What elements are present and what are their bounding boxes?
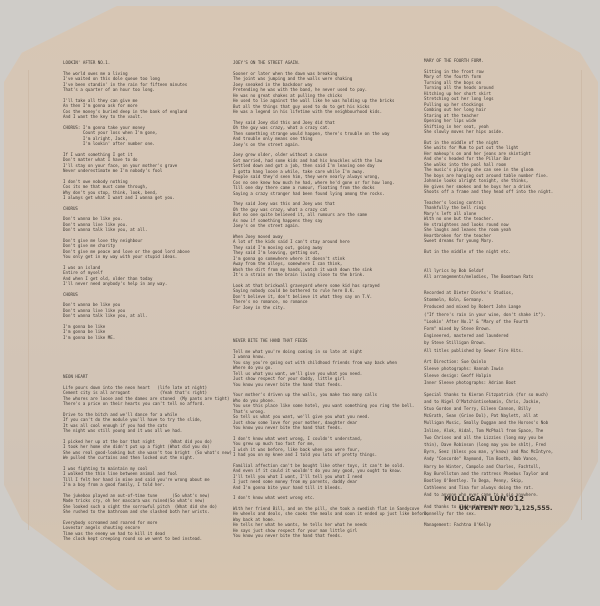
credits-line: Stuo Gordon and Terry, Eileen Cannon, Bi…: [424, 405, 584, 412]
lyric-stanza: Everybody screamed and roared for moreLo…: [63, 520, 233, 542]
lyric-line: She rushed to the bathroom and she slash…: [63, 509, 233, 515]
lyric-stanza: The world owes me a livingI've waited on…: [63, 71, 233, 93]
catalog-number: MULLIGAN LUN 012: [444, 494, 524, 503]
credits-paragraph: Art Direction: Sue QuinloSleeve photogra…: [424, 358, 584, 387]
lyric-line: He was a legend in his lifetime with the…: [233, 109, 413, 115]
lyric-stanza: Don't wanna be like you.Don't wanna live…: [63, 216, 233, 233]
lyric-line: CHORUS: [63, 206, 233, 212]
lyric-line: And I want the key to the vault.: [63, 114, 233, 120]
lyric-stanza: But in the middle of the nightShe waits …: [424, 140, 584, 195]
lyric-stanza: I was an islandEntire of myselfAnd when …: [63, 265, 233, 287]
credits-line: Mulligan Music, Smally Duggan and the Ho…: [424, 419, 584, 426]
credits-line: Recorded at Dieter Dierks's Studios,: [424, 289, 584, 296]
lyric-stanza: Joey grew older, older without a causeGo…: [233, 152, 413, 196]
lyric-stanza: Tell me what you're doing coming in so l…: [233, 349, 413, 388]
credits-line: ("If there's rain in your wine, don't sh…: [424, 311, 584, 318]
lyric-stanza: They said Joey did this and Joey did tha…: [233, 120, 413, 148]
lyric-stanza: I don't know what went wrong, I couldn't…: [233, 436, 413, 458]
album-credits: All lyrics by Bob GeldofAll arrangements…: [424, 268, 584, 528]
lyric-line: I'll never need anybody's help in any wa…: [63, 281, 233, 287]
lyric-stanza: I'm gonna be likeI'm gonna be likeI'm go…: [63, 324, 233, 341]
lyric-stanza: Sitting in the front rowMary of the four…: [424, 69, 584, 135]
lyric-line: CHORUS: [63, 292, 233, 298]
lyric-stanza: If I want something I get itDon't matter…: [63, 152, 233, 174]
lyric-stanza: Look at that brickwall graveyard where s…: [233, 283, 413, 311]
lyric-stanza: Don't give me love thy neighbourDon't gi…: [63, 238, 233, 260]
lyric-stanza: When Joey moved awayA lot of the kids sa…: [233, 234, 413, 278]
lyric-stanza: Sooner or later when the dawn was breaki…: [233, 71, 413, 115]
credits-line: "Lookin' After No.1" & "Mary of the Four…: [424, 318, 584, 325]
lyric-line: Joey's on the street again.: [233, 142, 413, 148]
middle-lyrics-column: JOEY'S ON THE STREET AGAIN.Sooner or lat…: [233, 60, 413, 551]
lyric-line: Don't wanna talk like you, at all.: [63, 227, 233, 233]
credits-line: Stommeln, Koln, Germany.: [424, 296, 584, 303]
lyric-line: I took her home she didn't put up a figh…: [63, 444, 233, 450]
credits-line: Ray Burellston and the rattress Phoebus …: [424, 470, 584, 477]
credits-line: Form" mixed by Steve Brown.: [424, 325, 584, 332]
lyric-line: He used to lie against the wall like he …: [233, 98, 413, 104]
lyric-stanza: Life pours down into the neon heart (lif…: [63, 385, 233, 407]
song-lyrics: MARY OF THE FOURTH FORM.Sitting in the f…: [424, 58, 584, 254]
lyric-line: He wheels and deals, she cooks the meals…: [233, 511, 413, 517]
credits-line: and to Nigel O'Matchintisehamin, Chris, …: [424, 398, 584, 405]
credits-line: thin), Dave Robinson (long may you be sh…: [424, 441, 584, 448]
credits-line: Two Chrises and all the Lizzies (long ma…: [424, 434, 584, 441]
lyric-line: Shoots off a frame and they head off int…: [424, 189, 584, 195]
credits-line: Bootley O'Bentley. To Dega, Penny, Skip,: [424, 477, 584, 484]
lyric-line: But in the middle of the night etc.: [424, 249, 584, 255]
song-lyrics: JOEY'S ON THE STREET AGAIN.Sooner or lat…: [233, 60, 413, 310]
song-lyrics: NEON HEARTLife pours down into the neon …: [63, 374, 233, 542]
left-lyrics-column: LOOKIN' AFTER NO.1.The world owes me a l…: [63, 60, 233, 554]
lyric-line: I don't know what went wrong etc.: [233, 495, 413, 501]
song-lyrics: NEVER BITE THE HAND THAT FEEDSTell me wh…: [233, 338, 413, 539]
lyric-line: For Joey in the city.: [233, 305, 413, 311]
credits-line: Cathleens and Tina for always doing the …: [424, 484, 584, 491]
credits-line: Harry be Winter, Campolo and Charles, Fa…: [424, 463, 584, 470]
credits-line: All arrangements/melodies, The Boomtown …: [424, 274, 584, 280]
lyric-stanza: They said Joey was this and Joey was tha…: [233, 201, 413, 229]
credits-line: Andy "Concorde" Raymond, Tim Booth, Bob …: [424, 455, 584, 462]
lyric-stanza: With her friend Bill, and on the pill, s…: [233, 506, 413, 539]
lyric-stanza: I don't know what went wrong etc.: [233, 495, 413, 501]
lyric-line: Joey's on the street again.: [233, 223, 413, 229]
lyric-line: That's a quarter of an hour too long.: [63, 87, 233, 93]
lyric-stanza: Drive to the bitch and we'll dance for a…: [63, 412, 233, 434]
lyric-stanza: But in the middle of the night etc.: [424, 249, 584, 255]
lyric-line: The clock kept creeping round so we went…: [63, 536, 233, 542]
lyric-line: Don't wanna talk like you, at all.: [63, 313, 233, 319]
lyric-line: Never underestimate me I'm nobody's fool: [63, 168, 233, 174]
lyric-line: I'm gonna be like ME.: [63, 335, 233, 341]
credits-line: Management: Fachtna O'Kelly: [424, 521, 584, 528]
lyric-stanza: The jukebox played an out-of-time tune (…: [63, 493, 233, 515]
credits-paragraph: All lyrics by Bob GeldofAll arrangements…: [424, 268, 584, 279]
right-lyrics-column: MARY OF THE FOURTH FORM.Sitting in the f…: [424, 58, 584, 532]
lyric-line: And even if it could it wouldn't do you …: [233, 468, 413, 474]
lyric-line: You know you never bite the hand that fe…: [233, 425, 413, 431]
credits-line: Sleeve design: Geoff Halpin: [424, 372, 584, 379]
credits-line: Engineered, mastered and laundered: [424, 332, 584, 339]
credits-line: Produced and mixed by Robert John Lange: [424, 303, 584, 310]
lyric-stanza: I'll take all they can give meAn then I'…: [63, 98, 233, 120]
credits-line: by Steve Stilligan Brown.: [424, 339, 584, 346]
credits-line: All titles published by Sewer Fire Hits.: [424, 347, 584, 354]
song-title: NEON HEART: [63, 374, 233, 380]
song-lyrics: LOOKIN' AFTER NO.1.The world owes me a l…: [63, 60, 233, 340]
lyric-stanza: I was fighting to maintain my coolI walk…: [63, 466, 233, 488]
credits-paragraph: Recorded at Dieter Dierks's Studios,Stom…: [424, 289, 584, 354]
lyric-stanza: Don't wanna be like youDon't wanna live …: [63, 302, 233, 319]
lyric-line: Sweet dreams for young Mary.: [424, 238, 584, 244]
lyric-line: I'm a boy from a good family, I told her…: [63, 482, 233, 488]
credits-line: Inline, Alok, Aidal, Tom McPhail from Sp…: [424, 427, 584, 434]
credits-line: Art Direction: Sue Quinlo: [424, 358, 584, 365]
lyric-line: Saying a crazy stranger had been found l…: [233, 191, 413, 197]
credits-line: Byrn, Seez (bless you man, y'know) and M…: [424, 448, 584, 455]
song-title: LOOKIN' AFTER NO.1.: [63, 60, 233, 66]
lyric-stanza: Familial affection can't be bought like …: [233, 463, 413, 491]
lyric-stanza: I picked her up at the bar that night (W…: [63, 439, 233, 461]
lyric-line: There's a price on their hearts you can'…: [63, 401, 233, 407]
song-title: MARY OF THE FOURTH FORM.: [424, 58, 584, 64]
song-title: NEVER BITE THE HAND THAT FEEDS: [233, 338, 413, 344]
lyric-stanza: Teacher's losing controlThankfully the b…: [424, 200, 584, 244]
lyric-line: I always get what I want and I wanna get…: [63, 195, 233, 201]
credits-line: Sleeve photographs: Hannah Inwin: [424, 365, 584, 372]
lyric-line: The night was still young and it was all…: [63, 428, 233, 434]
lyric-stanza: CHORUS: [63, 292, 233, 298]
sleeve-fold-left: [28, 70, 29, 530]
lyric-line: And I'm gonna bite your hand till it ble…: [233, 485, 413, 491]
lyric-line: She slowly moves her hips aside.: [424, 129, 584, 135]
credits-line: Inner Sleeve photographs: Adrian Boot: [424, 379, 584, 386]
lyric-line: You know you never bite the hand that fe…: [233, 382, 413, 388]
lyric-stanza: Your mother's driven up the walls, you m…: [233, 392, 413, 431]
song-title: JOEY'S ON THE STREET AGAIN.: [233, 60, 413, 66]
lyric-line: You only get in my way with your stupid …: [63, 254, 233, 260]
lyric-line: I'm lookin' after number one.: [63, 141, 233, 147]
patent-number: UK PATENT NO. 1,125,555.: [459, 505, 552, 512]
lyric-line: I had you on my knee and I told you lots…: [233, 452, 413, 458]
lyric-stanza: I don't owe nobody nothingCos its me tha…: [63, 179, 233, 201]
lyric-stanza: CHORUS: I'm gonna take your money Count …: [63, 125, 233, 147]
lyric-line: You know you never bite the hand that fe…: [233, 533, 413, 539]
lyric-line: It's a strain on the brain living close …: [233, 272, 413, 278]
credits-line: Special thanks to Kieran Fitzpatrick (fo…: [424, 391, 584, 398]
lyric-line: We pulled the curtains and then locked o…: [63, 455, 233, 461]
lyric-line: You use this place like some hotel, you …: [233, 403, 413, 409]
credits-paragraph: Management: Fachtna O'Kelly: [424, 521, 584, 528]
lyric-stanza: CHORUS: [63, 206, 233, 212]
credits-paragraph: Special thanks to Kieran Fitzpatrick (fo…: [424, 391, 584, 499]
credits-line: McGrath, Sean (Grine Dol), Pat Naylett, …: [424, 412, 584, 419]
